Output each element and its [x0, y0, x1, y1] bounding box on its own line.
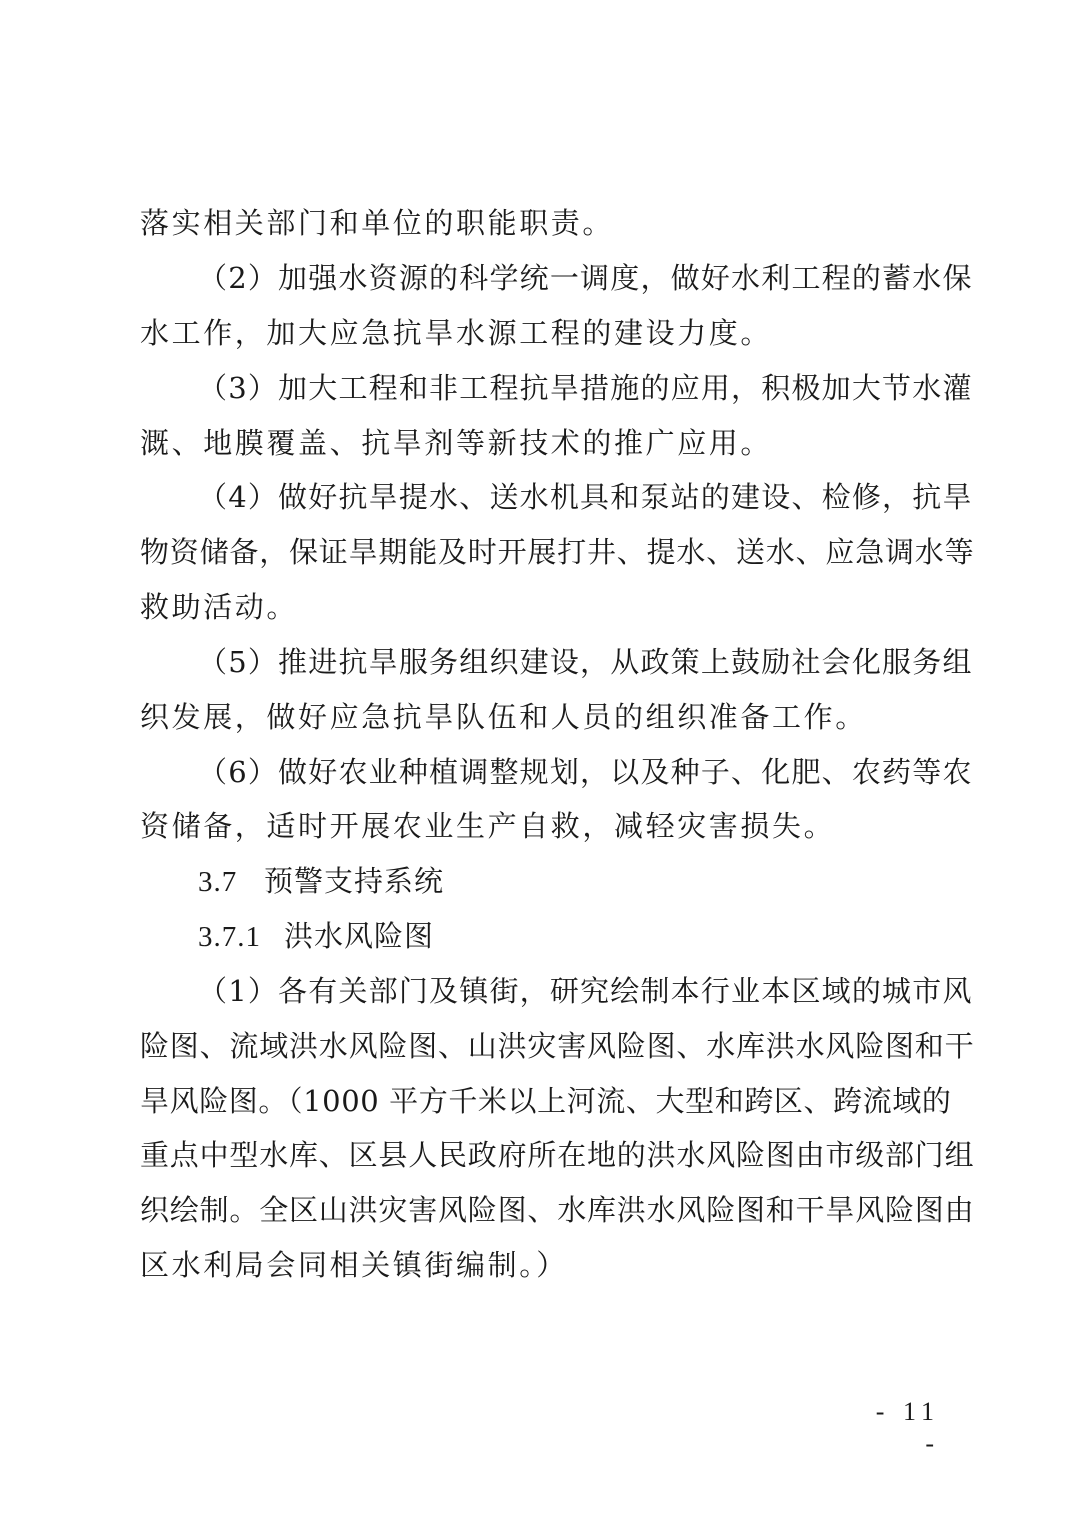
- paragraph-5-start: （5）推进抗旱服务组织建设，从政策上鼓励社会化服务组: [198, 642, 998, 682]
- text-line: 落实相关部门和单位的职能职责。: [140, 203, 940, 243]
- text-line: 险图、流域洪水风险图、山洪灾害风险图、水库洪水风险图和干: [140, 1026, 940, 1066]
- paragraph-6-start: （6）做好农业种植调整规划，以及种子、化肥、农药等农: [198, 752, 998, 792]
- text-line: 水工作，加大应急抗旱水源工程的建设力度。: [140, 313, 940, 353]
- paragraph-4-start: （4）做好抗旱提水、送水机具和泵站的建设、检修，抗旱: [198, 477, 998, 517]
- page-number: - 11 -: [860, 1396, 940, 1460]
- text-line: 织发展，做好应急抗旱队伍和人员的组织准备工作。: [140, 697, 940, 737]
- document-page: 落实相关部门和单位的职能职责。 （2）加强水资源的科学统一调度，做好水利工程的蓄…: [0, 0, 1074, 1520]
- text-line: 重点中型水库、区县人民政府所在地的洪水风险图由市级部门组: [140, 1135, 940, 1175]
- text-line: 救助活动。: [140, 587, 940, 627]
- text-line: 物资储备，保证旱期能及时开展打井、提水、送水、应急调水等: [140, 532, 940, 572]
- text-line: 区水利局会同相关镇街编制。）: [140, 1245, 940, 1285]
- text-line: 织绘制。全区山洪灾害风险图、水库洪水风险图和干旱风险图由: [140, 1190, 940, 1230]
- subsection-heading: 3.7.1洪水风险图: [198, 916, 998, 956]
- text-line: 旱风险图。（1000 平方千米以上河流、大型和跨区、跨流域的: [140, 1081, 940, 1121]
- paragraph-3-start: （3）加大工程和非工程抗旱措施的应用，积极加大节水灌: [198, 368, 998, 408]
- section-heading: 3.7预警支持系统: [198, 861, 998, 901]
- text-line: 资储备，适时开展农业生产自救，减轻灾害损失。: [140, 806, 940, 846]
- section-title: 预警支持系统: [264, 864, 444, 898]
- paragraph-2-start: （2）加强水资源的科学统一调度，做好水利工程的蓄水保: [198, 258, 998, 298]
- section-number: 3.7: [198, 862, 264, 902]
- subsection-title: 洪水风险图: [284, 919, 434, 953]
- paragraph-1-start: （1）各有关部门及镇街，研究绘制本行业本区域的城市风: [198, 971, 998, 1011]
- subsection-number: 3.7.1: [198, 917, 284, 957]
- text-line: 溉、地膜覆盖、抗旱剂等新技术的推广应用。: [140, 423, 940, 463]
